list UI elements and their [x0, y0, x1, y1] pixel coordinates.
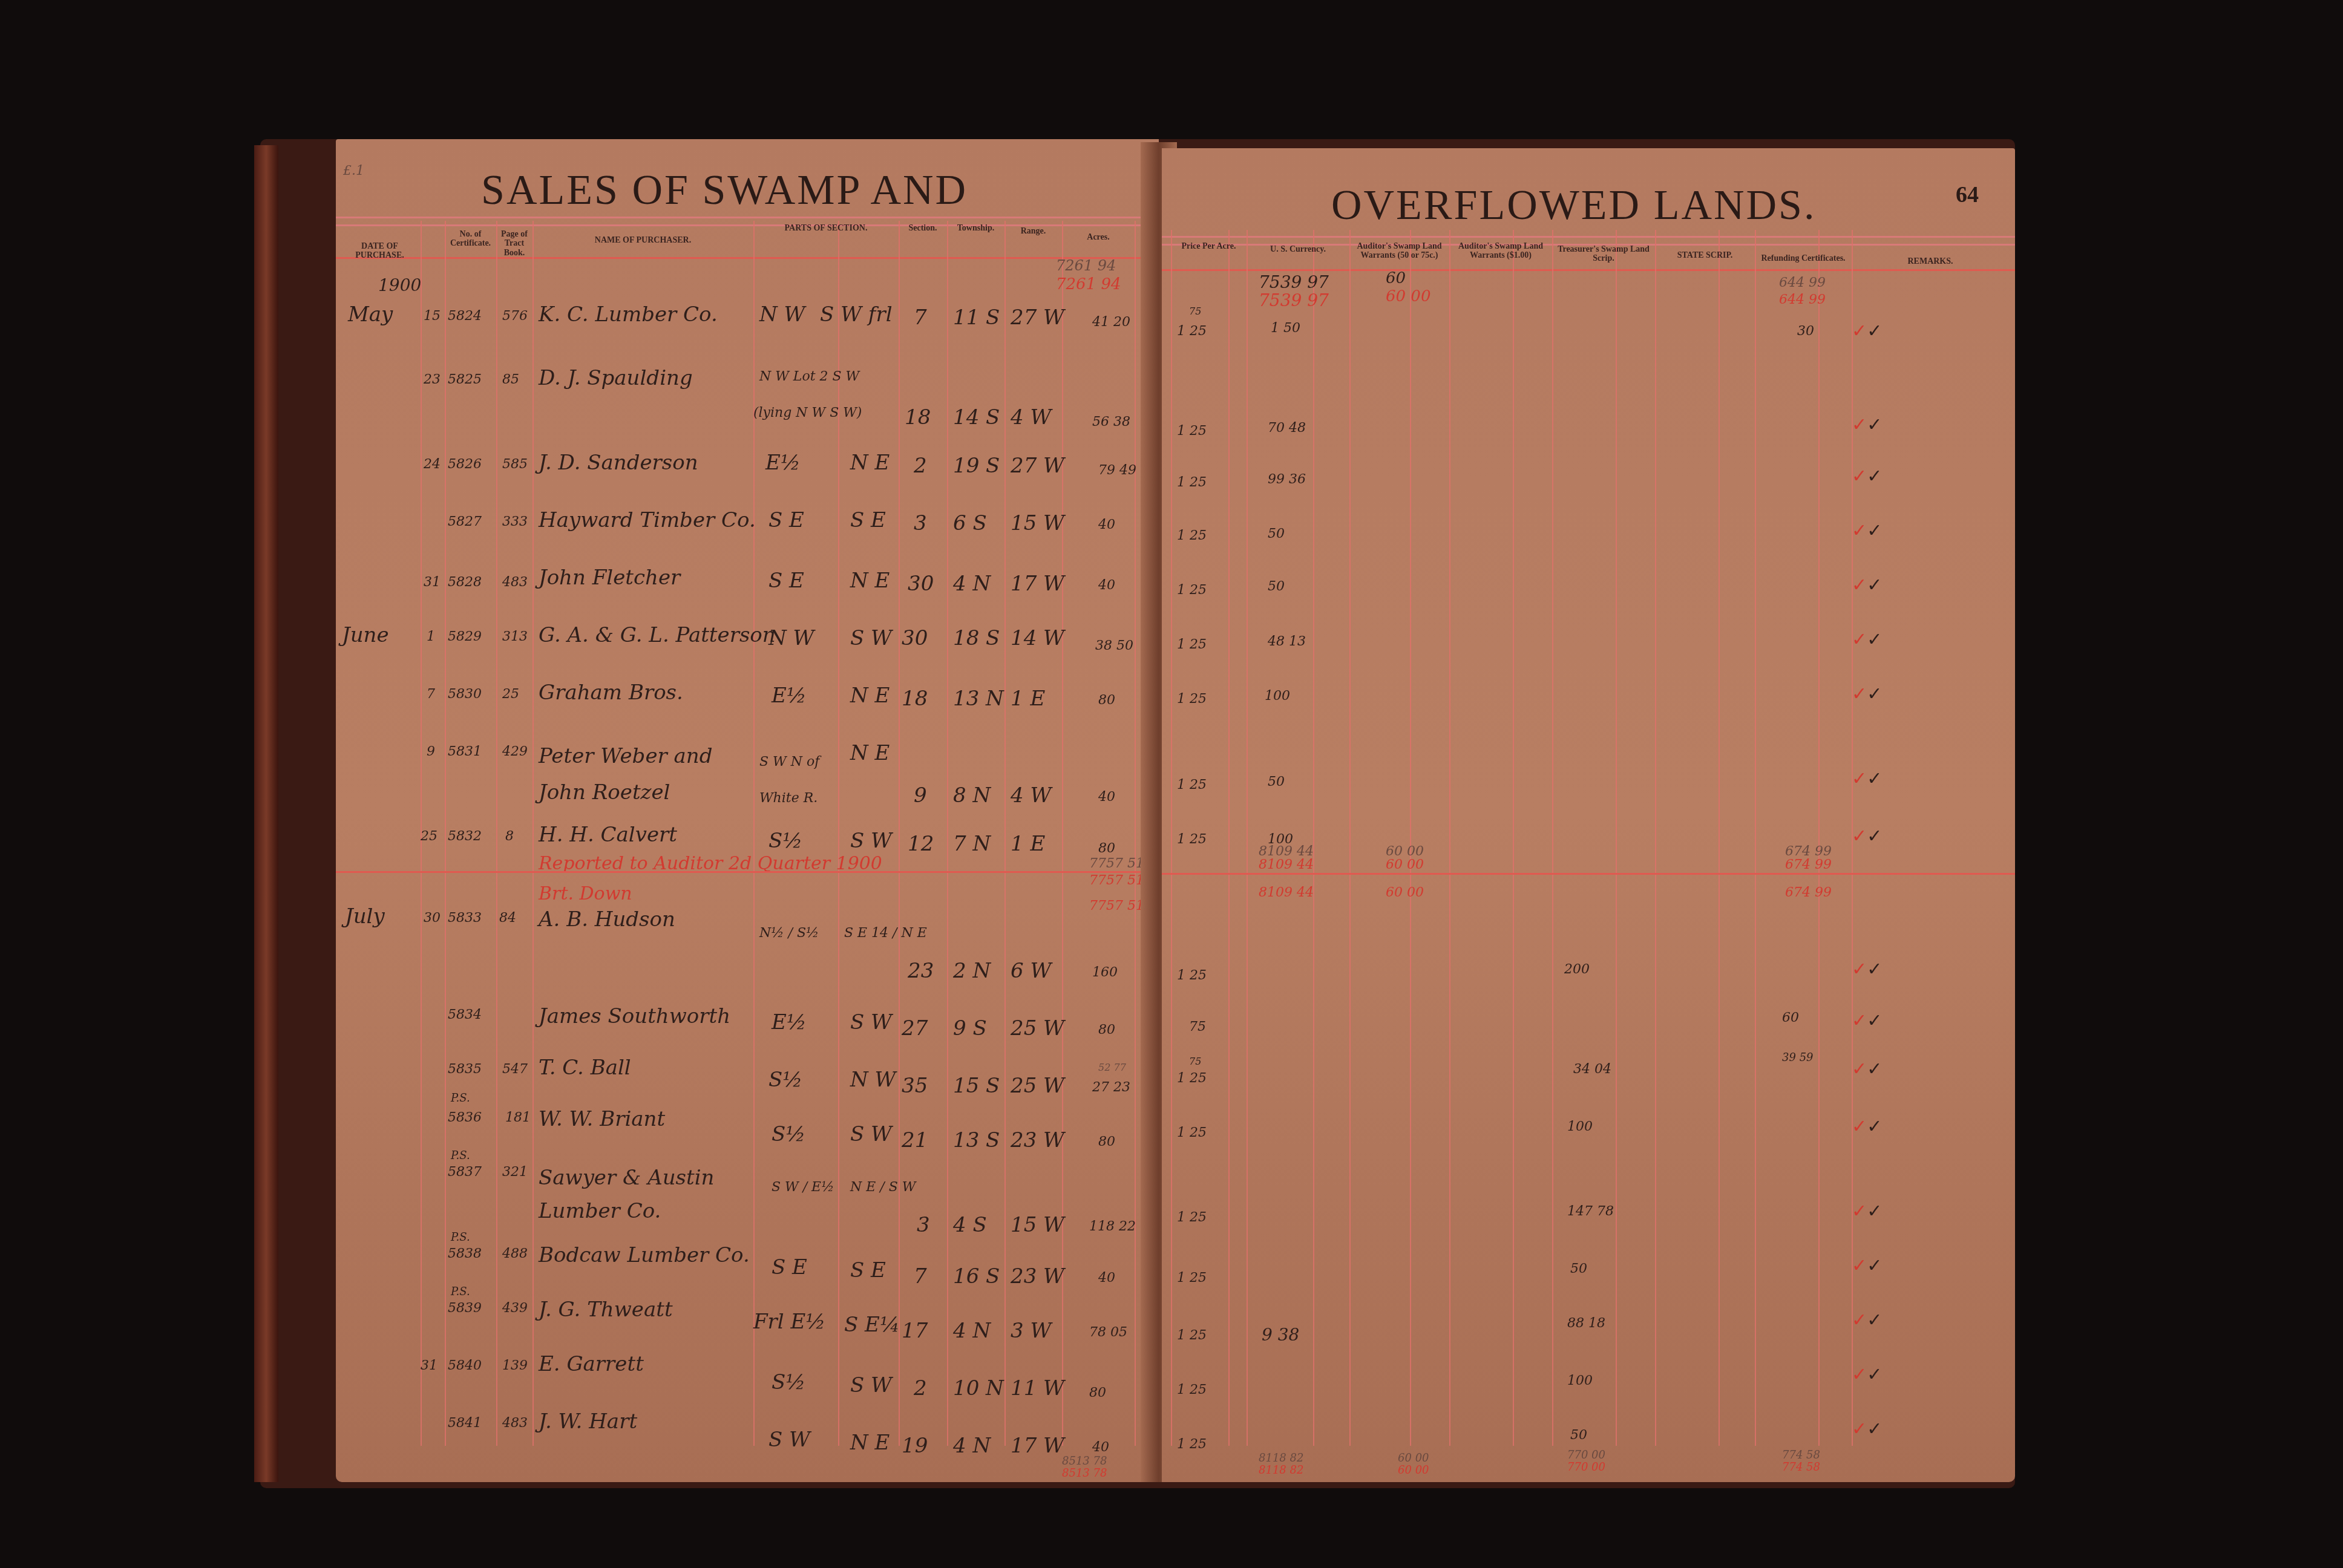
col-price: Price Per Acre. [1171, 242, 1247, 251]
ledger-cell: N W [850, 1068, 896, 1092]
header-bottom-rule [1162, 269, 2015, 271]
ledger-cell: 39 59 [1782, 1051, 1814, 1064]
check-mark-icon: ✓✓ [1852, 1010, 1882, 1031]
ledger-cell: 31 [424, 575, 441, 590]
column-rule [899, 221, 900, 1446]
ledger-cell: 8 [505, 829, 514, 844]
ledger-cell: 23 W [1011, 1128, 1064, 1152]
ledger-cell: 483 [502, 1416, 528, 1431]
ledger-cell: W. W. Briant [539, 1107, 665, 1131]
ledger-cell: 674 99 [1785, 885, 1832, 900]
check-mark-icon: ✓✓ [1852, 466, 1882, 487]
ledger-cell: 576 [502, 309, 528, 324]
ledger-cell: 1 25 [1177, 1382, 1207, 1397]
column-rule [1410, 230, 1411, 1446]
col-us-currency: U. S. Currency. [1247, 245, 1349, 254]
ledger-cell: 3 W [1011, 1319, 1051, 1343]
ledger-cell: 100 [1567, 1373, 1593, 1388]
ledger-cell: 1 25 [1177, 1270, 1207, 1285]
ledger-cell: N E / S W [850, 1180, 916, 1195]
ledger-cell: S½ [768, 1068, 802, 1092]
ledger-cell: 5836 [448, 1110, 482, 1125]
col-township: Township. [947, 224, 1004, 233]
ledger-cell: 1 25 [1177, 324, 1207, 339]
ledger-cell: 60 00 [1386, 287, 1430, 305]
check-mark-icon: ✓✓ [1852, 414, 1882, 436]
ledger-cell: 313 [502, 629, 528, 644]
ledger-cell: N E [850, 741, 890, 765]
ledger-cell: 80 [1098, 693, 1115, 708]
ledger-cell: S E [772, 1255, 807, 1279]
ledger-cell: 118 22 [1089, 1219, 1136, 1234]
ledger-cell: 5838 [448, 1246, 482, 1261]
ledger-cell: 60 00 [1398, 1464, 1429, 1477]
ledger-cell: 7757 51 [1089, 873, 1144, 888]
col-name: NAME OF PURCHASER. [532, 236, 753, 245]
ledger-cell: 3 [917, 1213, 930, 1237]
ledger-cell: 9 38 [1262, 1325, 1299, 1345]
ledger-cell: 50 [1268, 526, 1285, 541]
ledger-cell: 1 E [1011, 832, 1045, 856]
ledger-cell: 12 [908, 832, 934, 856]
ledger-cell: 25 [421, 829, 437, 844]
ledger-cell: 13 S [953, 1128, 1000, 1152]
col-acres: Acres. [1062, 233, 1135, 242]
ledger-cell: J. D. Sanderson [539, 451, 698, 475]
col-section: Section. [899, 224, 947, 233]
footer-acres-pencil: 8513 78 [1062, 1455, 1107, 1468]
ledger-cell: 14 W [1011, 626, 1064, 650]
ledger-cell: 5829 [448, 629, 482, 644]
col-date: DATE OF PURCHASE. [339, 242, 421, 261]
ledger-cell: 40 [1092, 1440, 1109, 1455]
ledger-cell: 5827 [448, 514, 482, 529]
ledger-cell: 27 W [1011, 305, 1064, 330]
ledger-cell: 84 [499, 910, 516, 926]
ledger-cell: 15 W [1011, 511, 1064, 535]
ledger-cell: S E [768, 569, 804, 593]
ledger-cell: 8109 44 [1259, 857, 1314, 872]
ledger-cell: 88 18 [1567, 1316, 1605, 1331]
ledger-cell: 8 N [953, 783, 991, 808]
column-rule [947, 221, 948, 1446]
ledger-cell: E½ [772, 684, 807, 708]
footer-acres-red: 8513 78 [1062, 1467, 1107, 1480]
ledger-cell: J. G. Thweatt [539, 1298, 673, 1322]
ledger-cell: 11 S [953, 305, 1000, 330]
col-auditor-50-75: Auditor's Swamp Land Warrants (50 or 75c… [1349, 242, 1449, 261]
ledger-cell: N E [850, 569, 890, 593]
ledger-cell: 60 00 [1386, 885, 1424, 900]
ledger-cell: S E [850, 1258, 886, 1282]
ledger-cell: Sawyer & Austin Lumber Co. [539, 1161, 738, 1228]
col-parts: PARTS OF SECTION. [753, 224, 899, 233]
ledger-cell: E. Garrett [539, 1352, 644, 1376]
check-mark-icon: ✓✓ [1852, 684, 1882, 705]
acres-carried-red: 7261 94 [1056, 275, 1121, 293]
ledger-cell: 7757 51 [1089, 856, 1144, 871]
ledger-cell: 40 [1098, 578, 1115, 593]
ledger-cell: 1 25 [1177, 1125, 1207, 1140]
ledger-cell: 333 [502, 514, 528, 529]
ledger-cell: K. C. Lumber Co. [539, 302, 718, 327]
ledger-cell: S E 14 / N E [844, 926, 927, 941]
ledger-cell: 7 [914, 305, 927, 330]
ledger-cell: 34 04 [1573, 1062, 1611, 1077]
ledger-cell: 7 [914, 1264, 927, 1289]
ledger-cell: John Fletcher [539, 566, 680, 590]
ledger-cell: P.S. [451, 1149, 470, 1162]
ledger-cell: 1 25 [1177, 691, 1207, 707]
column-rule [445, 221, 446, 1446]
column-rule [1228, 230, 1230, 1446]
header-rule [1162, 236, 2015, 246]
ledger-cell: 75 [1189, 305, 1201, 317]
ledger-cell: 1 25 [1177, 1210, 1207, 1225]
ledger-cell: 15 S [953, 1074, 1000, 1098]
ledger-cell: 4 W [1011, 405, 1051, 430]
ledger-cell: 1 25 [1177, 1071, 1207, 1086]
ledger-cell: E½ [772, 1010, 807, 1034]
ledger-cell: 18 [905, 405, 931, 430]
brought-down-note: Brt. Down [539, 883, 632, 904]
ledger-cell: S W [850, 1010, 892, 1034]
ledger-cell: 78 05 [1089, 1325, 1127, 1340]
ledger-cell: 70 48 [1268, 420, 1306, 436]
column-rule [1513, 230, 1514, 1446]
ledger-cell: 1 25 [1177, 1437, 1207, 1452]
ledger-cell: N W [768, 626, 814, 650]
ledger-cell: D. J. Spaulding [539, 366, 693, 390]
column-rule [532, 221, 534, 1446]
corner-note: £.1 [343, 163, 364, 178]
ledger-cell: 439 [502, 1301, 528, 1316]
ledger-cell: 1 [427, 629, 435, 644]
check-mark-icon: ✓✓ [1852, 321, 1882, 342]
check-mark-icon: ✓✓ [1852, 1310, 1882, 1331]
ledger-cell: July [345, 904, 385, 929]
ledger-cell: 19 S [953, 454, 1000, 478]
ledger-cell: 8118 82 [1259, 1464, 1303, 1477]
ledger-cell: 1 25 [1177, 968, 1207, 983]
ledger-cell: N E [850, 684, 890, 708]
ledger-cell: 7539 97 [1259, 290, 1329, 310]
ledger-cell: 40 [1098, 517, 1115, 532]
ledger-cell: 50 [1268, 579, 1285, 594]
ledger-cell: 1 25 [1177, 528, 1207, 543]
ledger-cell: 27 [902, 1016, 928, 1040]
ledger-cell: 25 [502, 687, 519, 702]
ledger-cell: 5832 [448, 829, 482, 844]
quarter-rule [336, 871, 1159, 873]
column-rule [1655, 230, 1656, 1446]
ledger-cell: 5833 [448, 910, 482, 926]
ledger-cell: 321 [502, 1165, 528, 1180]
ledger-cell: 50 [1570, 1428, 1587, 1443]
ledger-cell: S W [850, 829, 892, 853]
ledger-cell: T. C. Ball [539, 1056, 631, 1080]
ledger-cell: 429 [502, 744, 528, 759]
ledger-cell: 85 [502, 372, 519, 387]
quarter-rule [1162, 873, 2015, 875]
ledger-cell: 1 25 [1177, 475, 1207, 490]
ledger-cell: 40 [1098, 1270, 1115, 1285]
ledger-cell: 30 [908, 572, 934, 596]
ledger-cell: 5837 [448, 1165, 482, 1180]
left-page-title: SALES OF SWAMP AND [481, 166, 968, 215]
right-page-title: OVERFLOWED LANDS. [1331, 181, 1817, 230]
ledger-cell: (lying N W S W) [753, 405, 862, 420]
ledger-cell: 35 [902, 1074, 928, 1098]
ledger-cell: 644 99 [1779, 275, 1826, 290]
ledger-cell: 139 [502, 1358, 528, 1373]
ledger-cell: 23 W [1011, 1264, 1064, 1289]
check-mark-icon: ✓✓ [1852, 959, 1882, 980]
ledger-cell: June [342, 623, 389, 647]
ledger-cell: 1 25 [1177, 583, 1207, 598]
ledger-cell: 17 [902, 1319, 928, 1343]
left-page: £.1 SALES OF SWAMP AND DATE OF PURCHASE.… [336, 139, 1159, 1482]
ledger-cell: 100 [1265, 688, 1290, 704]
ledger-cell: Bodcaw Lumber Co. [539, 1243, 750, 1267]
ledger-cell: Graham Bros. [539, 681, 683, 705]
ledger-cell: 8118 82 [1259, 1452, 1303, 1465]
ledger-cell: Peter Weber and John Roetzel [539, 738, 744, 811]
column-rule [1313, 230, 1314, 1446]
ledger-cell: 60 00 [1386, 857, 1424, 872]
ledger-cell: 23 [424, 372, 441, 387]
ledger-cell: 4 N [953, 572, 991, 596]
ledger-cell: 80 [1098, 1134, 1115, 1149]
col-state-scrip: STATE SCRIP. [1655, 251, 1755, 260]
ledger-cell: N E [850, 1431, 890, 1455]
ledger-cell: 52 77 [1098, 1062, 1126, 1073]
ledger-cell: 7757 51 [1089, 898, 1144, 913]
ledger-cell: 41 20 [1092, 315, 1130, 330]
right-page: OVERFLOWED LANDS. 64 Price Per Acre. U. … [1162, 148, 2015, 1482]
ledger-cell: 1 25 [1177, 1328, 1207, 1343]
ledger-cell: 31 [421, 1358, 437, 1373]
ledger-cell: 48 13 [1268, 634, 1306, 649]
ledger-cell: G. A. & G. L. Patterson [539, 623, 776, 647]
ledger-cell: S E [768, 508, 804, 532]
ledger-cell: S W N of White R. [759, 744, 850, 817]
ledger-cell: May [348, 302, 393, 327]
ledger-cell: 5830 [448, 687, 482, 702]
ledger-cell: E½ [765, 451, 801, 475]
acres-carried-pencil: 7261 94 [1056, 257, 1116, 274]
column-rule [496, 221, 497, 1446]
check-mark-icon: ✓✓ [1852, 575, 1882, 596]
ledger-cell: S W [850, 626, 892, 650]
ledger-cell: 160 [1092, 965, 1118, 980]
ledger-cell: S W / E½ [772, 1180, 834, 1195]
ledger-cell: 2 [914, 454, 927, 478]
ledger-cell: James Southworth [539, 1004, 730, 1028]
ledger-cell: 18 [902, 687, 928, 711]
column-rule [1062, 221, 1063, 1446]
ledger-cell: 80 [1098, 841, 1115, 856]
ledger-cell: 17 W [1011, 572, 1064, 596]
ledger-cell: 9 S [953, 1016, 987, 1040]
ledger-cell: S½ [772, 1122, 805, 1146]
ledger-cell: 1 25 [1177, 777, 1207, 792]
ledger-cell: 5835 [448, 1062, 482, 1077]
ledger-cell: 1 50 [1271, 321, 1300, 336]
column-rule [1818, 230, 1820, 1446]
ledger-cell: 5824 [448, 309, 482, 324]
check-mark-icon: ✓✓ [1852, 1201, 1882, 1222]
ledger-cell: 644 99 [1779, 292, 1826, 307]
column-rule [838, 221, 839, 1446]
ledger-cell: 80 [1089, 1385, 1106, 1400]
column-rule [1171, 230, 1172, 1446]
ledger-cell: 7 N [953, 832, 991, 856]
ledger-cell: 40 [1098, 789, 1115, 805]
ledger-cell: 21 [902, 1128, 928, 1152]
column-rule [1449, 230, 1450, 1446]
ledger-cell: 99 36 [1268, 472, 1306, 487]
ledger-cell: S E¼ [844, 1313, 900, 1337]
column-rule [1719, 230, 1720, 1446]
check-mark-icon: ✓✓ [1852, 1059, 1882, 1080]
ledger-cell: J. W. Hart [539, 1410, 637, 1434]
ledger-cell: Frl E½ [753, 1310, 825, 1334]
check-mark-icon: ✓✓ [1852, 1255, 1882, 1276]
ledger-cell: 5841 [448, 1416, 482, 1431]
ledger-cell: 4 N [953, 1434, 991, 1458]
ledger-cell: S½ [768, 829, 802, 853]
ledger-cell: 1 25 [1177, 423, 1207, 439]
ledger-cell: 585 [502, 457, 528, 472]
col-remarks: REMARKS. [1852, 257, 2009, 266]
column-rule [1616, 230, 1617, 1446]
ledger-cell: 6 S [953, 511, 987, 535]
ledger-cell: S½ [772, 1370, 805, 1394]
ledger-cell: 5828 [448, 575, 482, 590]
check-mark-icon: ✓✓ [1852, 629, 1882, 650]
ledger-cell: 5834 [448, 1007, 482, 1022]
ledger-cell: 11 W [1011, 1376, 1064, 1400]
ledger-cell: 15 W [1011, 1213, 1064, 1237]
ledger-cell: 24 [424, 457, 441, 472]
ledger-cell: 9 [427, 744, 435, 759]
ledger-cell: Hayward Timber Co. [539, 508, 756, 532]
ledger-cell: 5840 [448, 1358, 482, 1373]
ledger-cell: N W Lot 2 S W [759, 369, 859, 384]
ledger-cell: 4 N [953, 1319, 991, 1343]
col-auditor-100: Auditor's Swamp Land Warrants ($1.00) [1449, 242, 1552, 261]
year: 1900 [378, 275, 421, 295]
ledger-cell: S W [768, 1428, 810, 1452]
col-treasurer-scrip: Treasurer's Swamp Land Scrip. [1552, 245, 1655, 264]
column-rule [1349, 230, 1351, 1446]
ledger-cell: 674 99 [1785, 857, 1832, 872]
check-mark-icon: ✓✓ [1852, 1364, 1882, 1385]
check-mark-icon: ✓✓ [1852, 1419, 1882, 1440]
ledger-cell: P.S. [451, 1092, 470, 1105]
ledger-cell: 7 [427, 687, 435, 702]
ledger-cell: 13 N [953, 687, 1004, 711]
ledger-cell: 488 [502, 1246, 528, 1261]
book-edge [254, 145, 278, 1482]
ledger-cell: 79 49 [1098, 463, 1136, 478]
ledger-cell: 75 [1189, 1019, 1206, 1034]
ledger-cell: N½ / S½ [759, 926, 819, 941]
ledger-cell: 200 [1564, 962, 1590, 977]
check-mark-icon: ✓✓ [1852, 520, 1882, 541]
ledger-cell: 1 25 [1177, 637, 1207, 652]
ledger-cell: 774 58 [1782, 1461, 1820, 1474]
col-range: Range. [1004, 227, 1062, 236]
ledger-cell: 17 W [1011, 1434, 1064, 1458]
ledger-cell: 10 N [953, 1376, 1004, 1400]
ledger-cell: 30 [1797, 324, 1814, 339]
ledger-cell: 1 E [1011, 687, 1045, 711]
page-number: 64 [1956, 181, 1979, 208]
ledger-cell: 80 [1098, 1022, 1115, 1037]
column-rule [1755, 230, 1756, 1446]
ledger-cell: 27 23 [1092, 1080, 1130, 1095]
ledger-cell: 5839 [448, 1301, 482, 1316]
col-cert: No. of Certificate. [445, 230, 496, 249]
ledger-cell: 23 [908, 959, 934, 983]
ledger-cell: 770 00 [1567, 1461, 1605, 1474]
ledger-cell: 770 00 [1567, 1449, 1605, 1462]
column-rule [1004, 221, 1006, 1446]
ledger-cell: 100 [1567, 1119, 1593, 1134]
check-mark-icon: ✓✓ [1852, 1116, 1882, 1137]
check-mark-icon: ✓✓ [1852, 768, 1882, 789]
ledger-cell: P.S. [451, 1285, 470, 1298]
ledger-cell: 8109 44 [1259, 885, 1314, 900]
column-rule [1247, 230, 1248, 1446]
ledger-cell: 27 W [1011, 454, 1064, 478]
ledger-cell: P.S. [451, 1231, 470, 1244]
ledger-cell: S W [850, 1122, 892, 1146]
header-bottom-rule [336, 257, 1159, 259]
ledger-cell: 50 [1268, 774, 1285, 789]
ledger-cell: 14 S [953, 405, 1000, 430]
ledger-cell: 18 S [953, 626, 1000, 650]
ledger-cell: N W [759, 302, 805, 327]
column-rule [1135, 221, 1136, 1446]
ledger-cell: S W frl [820, 302, 893, 327]
ledger-cell: 5831 [448, 744, 482, 759]
ledger-cell: 5825 [448, 372, 482, 387]
ledger-cell: 56 38 [1092, 414, 1130, 430]
ledger-cell: 16 S [953, 1264, 1000, 1289]
ledger-cell: 9 [914, 783, 927, 808]
header-rule [336, 217, 1159, 226]
column-rule [1552, 230, 1553, 1446]
ledger-cell: 5826 [448, 457, 482, 472]
column-rule [753, 221, 755, 1446]
ledger-cell: S W [850, 1373, 892, 1397]
ledger-cell: 19 [902, 1434, 928, 1458]
ledger-cell: 6 W [1011, 959, 1051, 983]
ledger-cell: 774 58 [1782, 1449, 1820, 1462]
ledger-cell: 547 [502, 1062, 528, 1077]
ledger-cell: 2 [914, 1376, 927, 1400]
ledger-cell: 30 [424, 910, 441, 926]
ledger-cell: 50 [1570, 1261, 1587, 1276]
ledger-cell: N E [850, 451, 890, 475]
ledger-cell: 147 78 [1567, 1204, 1614, 1219]
ledger-cell: 181 [505, 1110, 531, 1125]
ledger-cell: 25 W [1011, 1074, 1064, 1098]
col-page: Page of Tract Book. [496, 230, 532, 258]
